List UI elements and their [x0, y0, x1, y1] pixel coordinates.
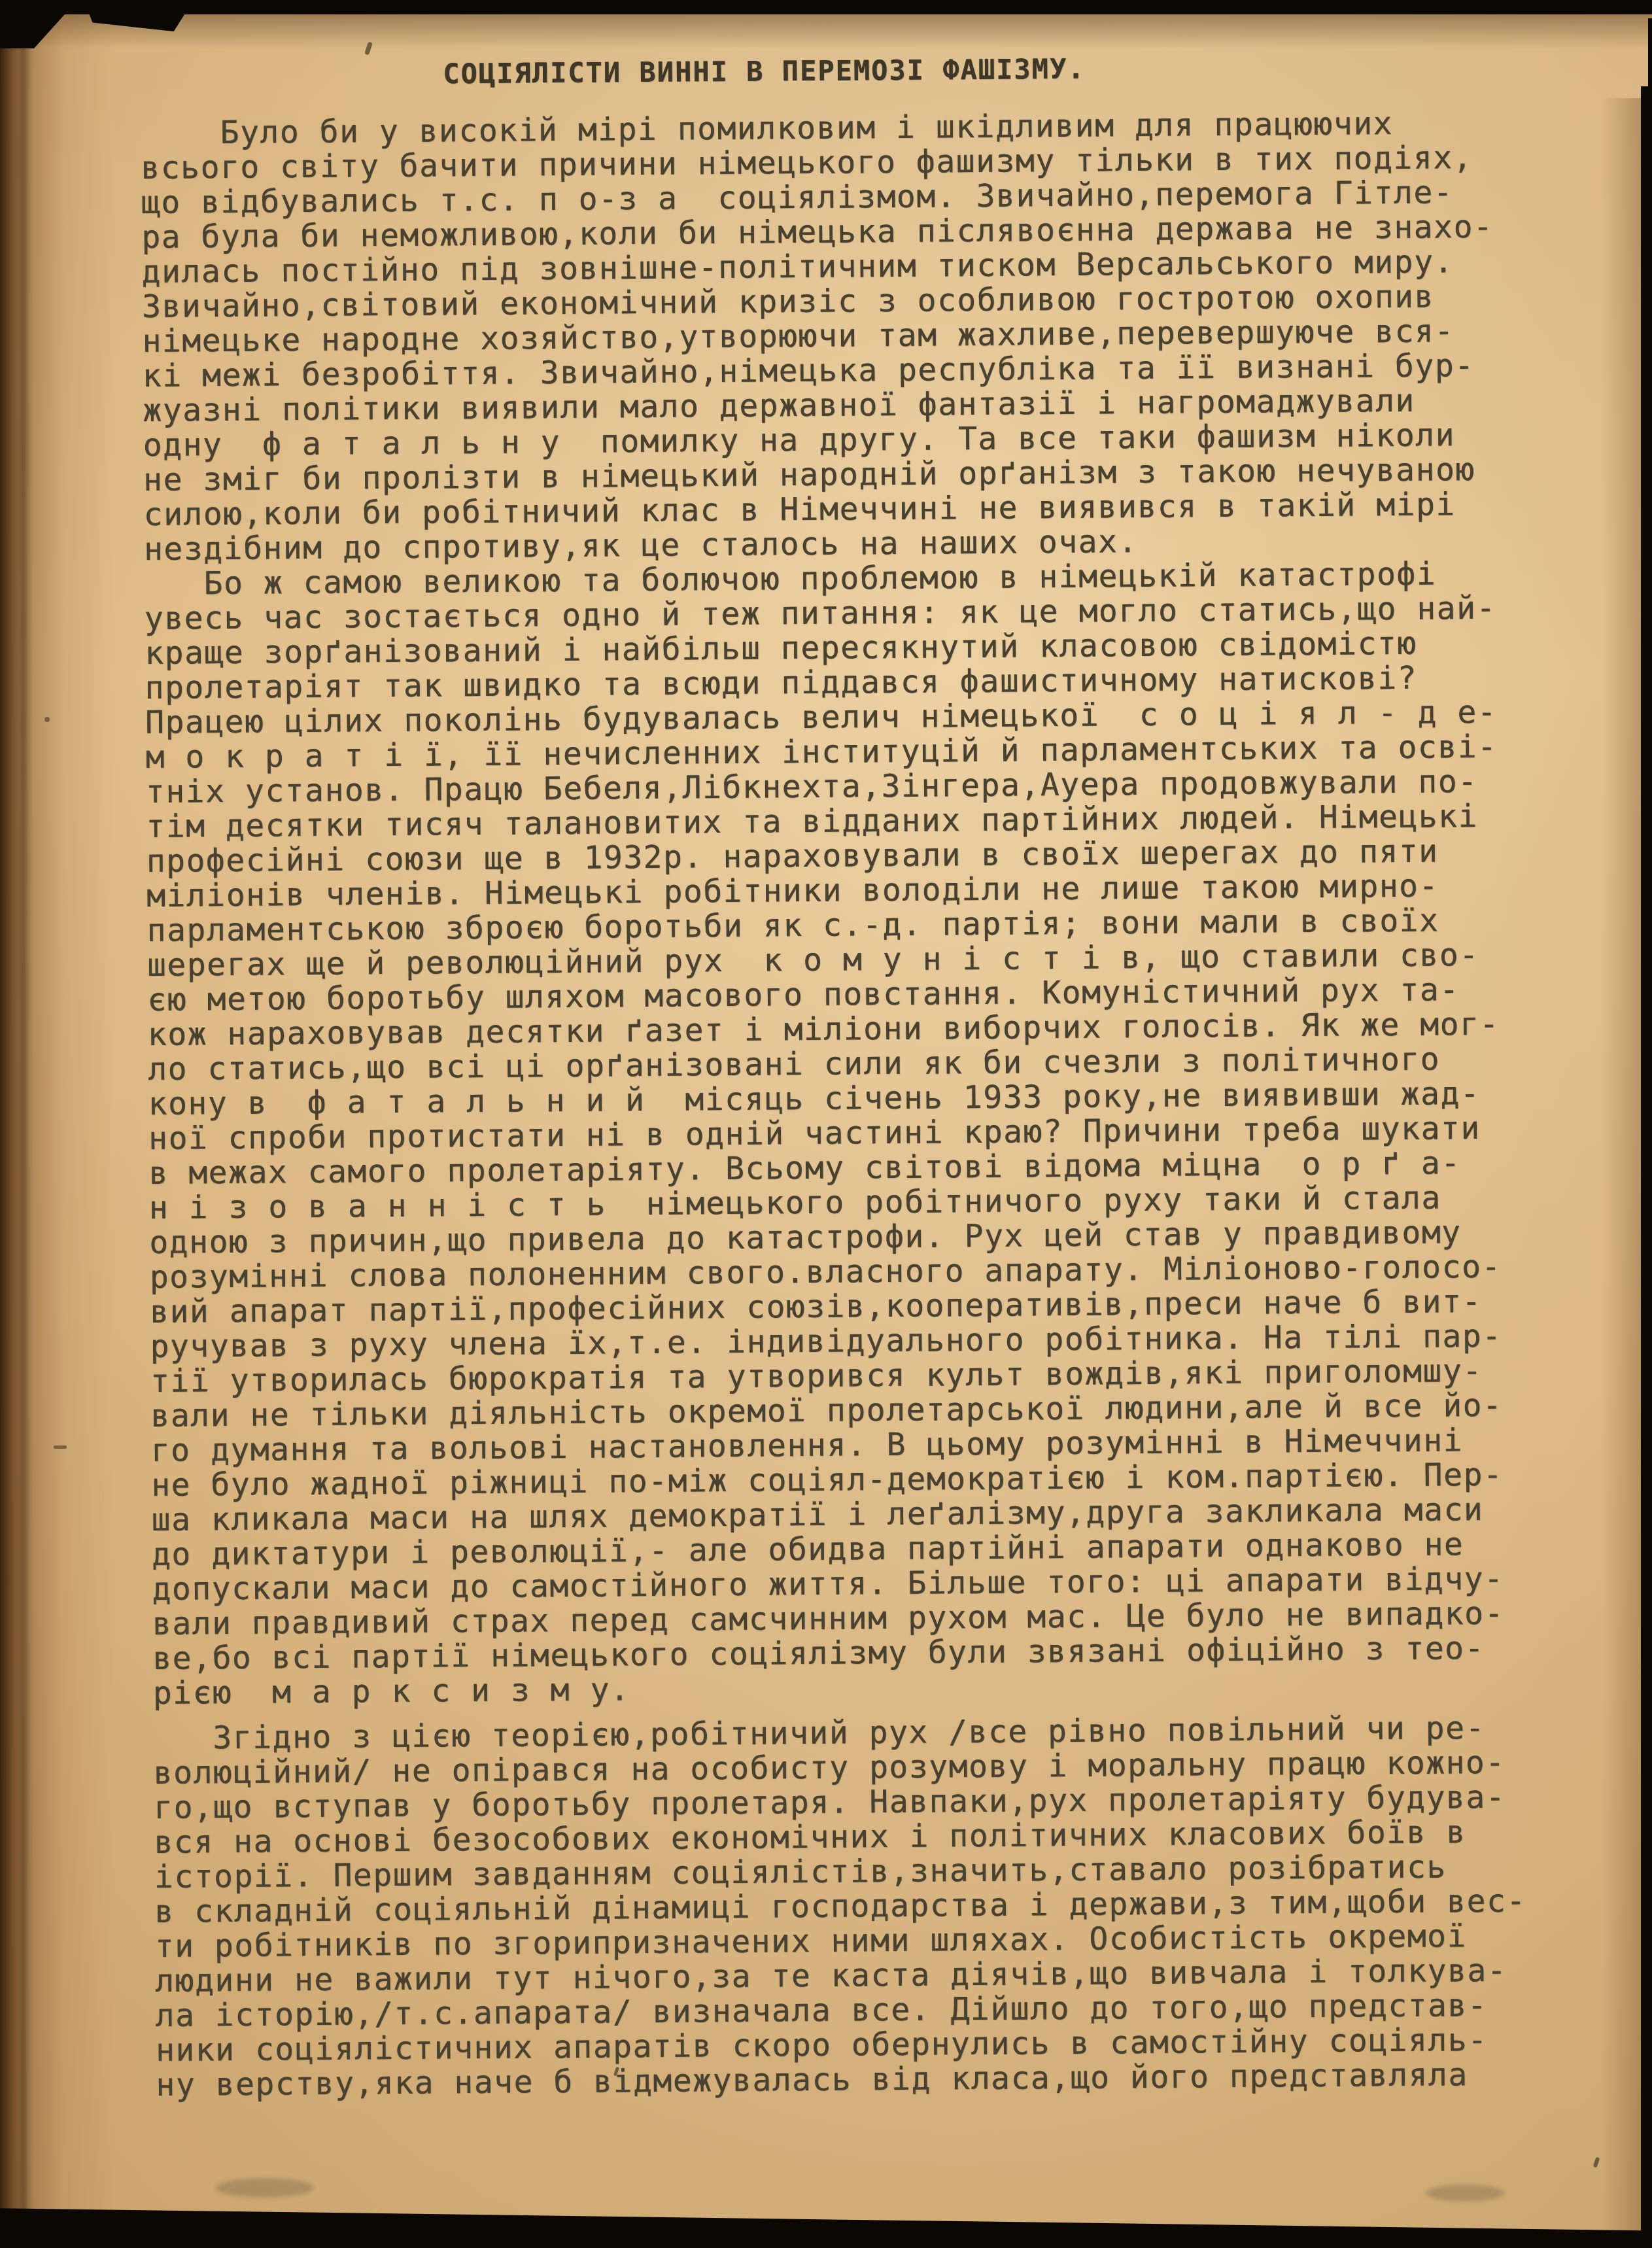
ink-smudge [1426, 2185, 1504, 2202]
paragraph: Згідно з цією теорією,робітничий рух /вс… [153, 1710, 1528, 2102]
paragraph: Було би у високій мірі помилковим і шкід… [141, 106, 1516, 567]
right-shadow [1601, 98, 1647, 2248]
document-body: Було би у високій мірі помилковим і шкід… [141, 106, 1528, 2103]
paragraph: Бо ж самою великою та болючою проблемою … [144, 557, 1517, 706]
paper-crease [20, 0, 30, 2248]
paper: СОЦІЯЛІСТИ ВИННІ В ПЕРЕМОЗІ ФАШІЗМУ. Бул… [0, 0, 1652, 2248]
scan-edge-right-sliver [1648, 18, 1652, 92]
binding-shadow [0, 0, 114, 2248]
top-shadow [0, 13, 1652, 49]
scan-edge-top [0, 0, 1652, 14]
paragraph: Працею цілих поколінь будувалась велич н… [145, 695, 1525, 1710]
scanned-page: СОЦІЯЛІСТИ ВИННІ В ПЕРЕМОЗІ ФАШІЗМУ. Бул… [0, 0, 1652, 2248]
text-layer: СОЦІЯЛІСТИ ВИННІ В ПЕРЕМОЗІ ФАШІЗМУ. Бул… [0, 0, 1652, 2248]
ink-smudge [216, 2178, 314, 2198]
document-title: СОЦІЯЛІСТИ ВИННІ В ПЕРЕМОЗІ ФАШІЗМУ. [443, 53, 1086, 90]
scan-edge-right [1641, 86, 1652, 2248]
